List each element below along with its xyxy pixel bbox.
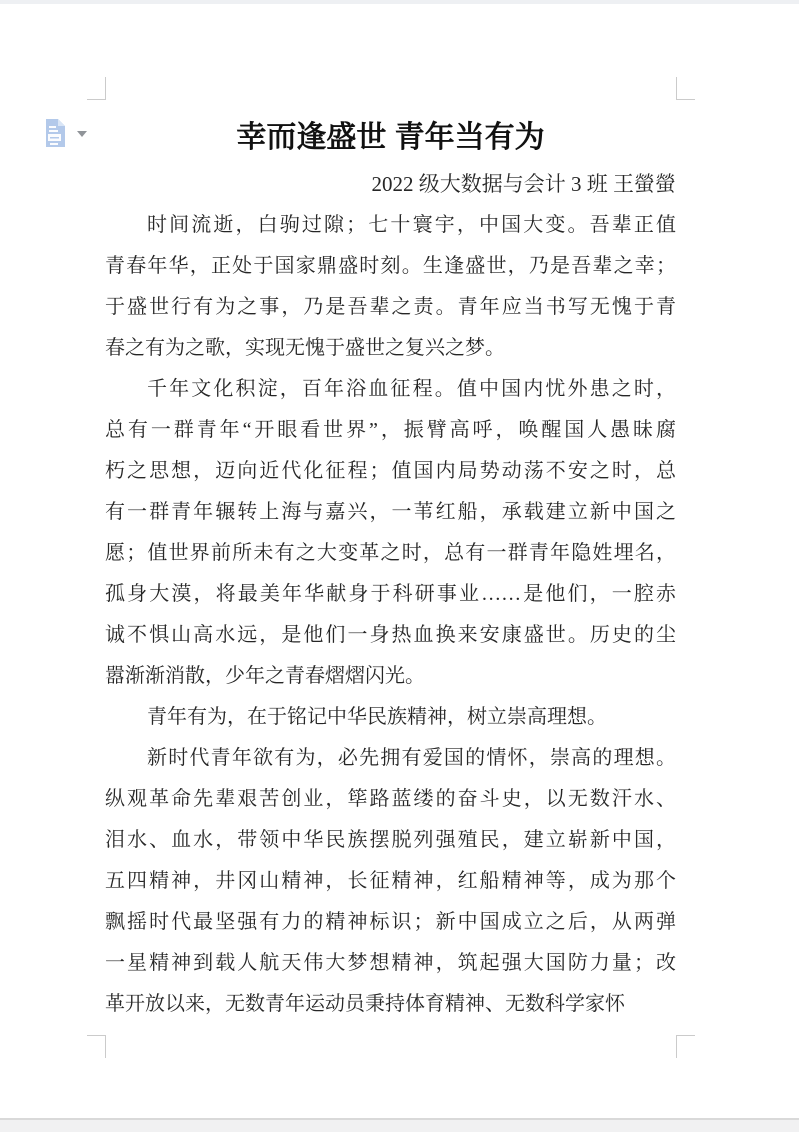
margin-corner-mark-top-left — [87, 77, 106, 100]
text-line[interactable]: 朽之思想，迈向近代化征程；值国内局势动荡不安之时，总 — [105, 451, 676, 492]
margin-corner-mark-top-right — [676, 77, 695, 100]
document-body: 时间流逝，白驹过隙；七十寰宇，中国大变。吾辈正值青春年华，正处于国家鼎盛时刻。生… — [105, 205, 676, 1025]
text-line[interactable]: 时间流逝，白驹过隙；七十寰宇，中国大变。吾辈正值 — [105, 205, 676, 246]
margin-corner-mark-bottom-right — [676, 1035, 695, 1058]
page-top-gap — [0, 0, 799, 4]
byline[interactable]: 2022 级大数据与会计 3 班 王螢螢 — [105, 168, 676, 200]
paste-options-button[interactable] — [44, 114, 98, 152]
text-line[interactable]: 青春年华，正处于国家鼎盛时刻。生逢盛世，乃是吾辈之幸； — [105, 246, 676, 287]
text-line[interactable]: 新时代青年欲有为，必先拥有爱国的情怀，崇高的理想。 — [105, 738, 676, 779]
chevron-down-icon[interactable] — [77, 131, 87, 137]
text-line[interactable]: 总有一群青年“开眼看世界”，振臂高呼，唤醒国人愚昧腐 — [105, 410, 676, 451]
text-line[interactable]: 嚣渐渐消散，少年之青春熠熠闪光。 — [105, 656, 676, 697]
margin-corner-mark-bottom-left — [87, 1035, 106, 1058]
text-line[interactable]: 泪水、血水，带领中华民族摆脱列强殖民，建立崭新中国， — [105, 820, 676, 861]
text-line[interactable]: 千年文化积淀，百年浴血征程。值中国内忧外患之时， — [105, 369, 676, 410]
text-line[interactable]: 愿；值世界前所未有之大变革之时，总有一群青年隐姓埋名， — [105, 533, 676, 574]
text-line[interactable]: 革开放以来，无数青年运动员秉持体育精神、无数科学家怀 — [105, 984, 676, 1025]
text-line[interactable]: 青年有为，在于铭记中华民族精神，树立崇高理想。 — [105, 697, 676, 738]
page-bottom-edge — [0, 1118, 799, 1132]
document-title[interactable]: 幸而逢盛世 青年当有为 — [105, 116, 676, 160]
text-line[interactable]: 于盛世行有为之事，乃是吾辈之责。青年应当书写无愧于青 — [105, 287, 676, 328]
text-line[interactable]: 有一群青年辗转上海与嘉兴，一苇红船，承载建立新中国之 — [105, 492, 676, 533]
text-line[interactable]: 孤身大漠，将最美年华献身于科研事业……是他们，一腔赤 — [105, 574, 676, 615]
clipboard-paste-icon — [44, 117, 66, 149]
text-line[interactable]: 纵观革命先辈艰苦创业，筚路蓝缕的奋斗史，以无数汗水、 — [105, 779, 676, 820]
document-page: 幸而逢盛世 青年当有为 2022 级大数据与会计 3 班 王螢螢 时间流逝，白驹… — [0, 0, 799, 1132]
text-line[interactable]: 飘摇时代最坚强有力的精神标识；新中国成立之后，从两弹 — [105, 902, 676, 943]
text-line[interactable]: 春之有为之歌，实现无愧于盛世之复兴之梦。 — [105, 328, 676, 369]
text-line[interactable]: 五四精神，井冈山精神，长征精神，红船精神等，成为那个 — [105, 861, 676, 902]
text-line[interactable]: 诚不惧山高水远，是他们一身热血换来安康盛世。历史的尘 — [105, 615, 676, 656]
text-line[interactable]: 一星精神到载人航天伟大梦想精神，筑起强大国防力量；改 — [105, 943, 676, 984]
